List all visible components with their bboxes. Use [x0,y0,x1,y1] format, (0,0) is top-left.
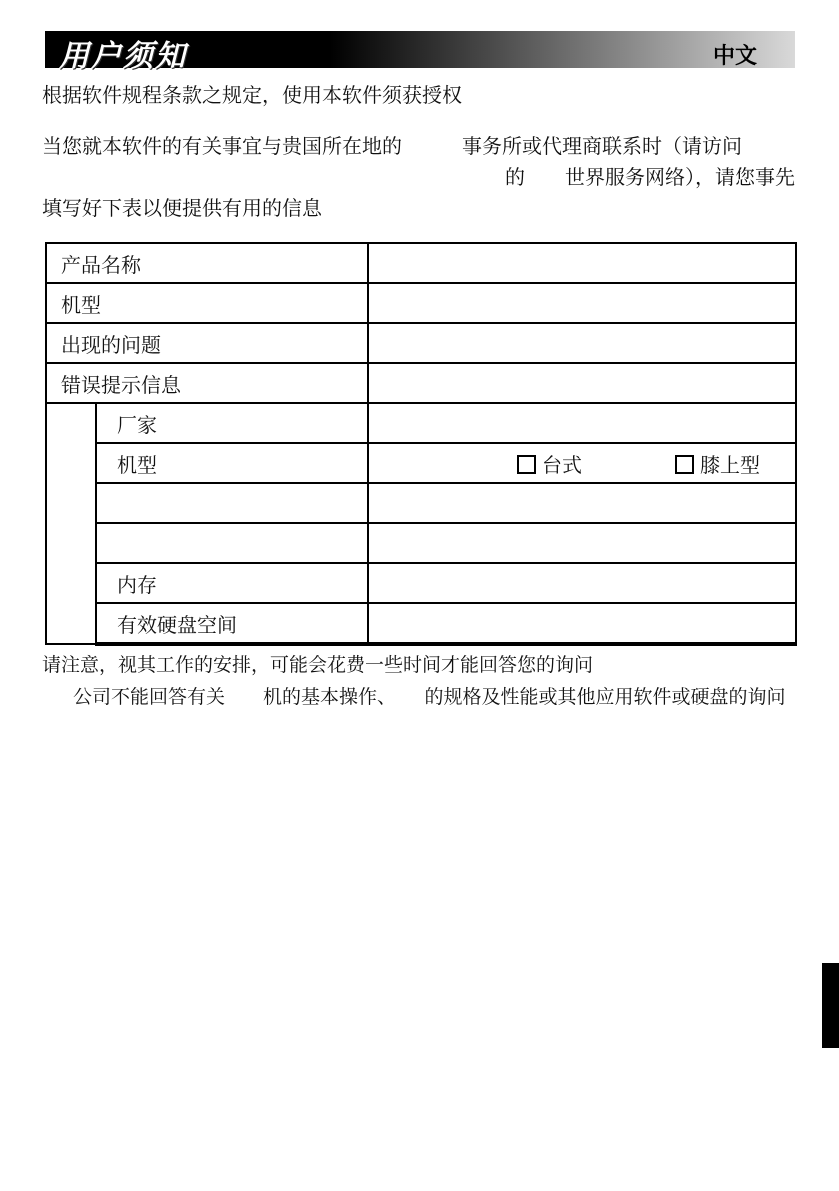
contact-line-2: 的 世界服务网络），请您事先 [42,163,795,194]
table-row [46,523,796,563]
contact-line-1: 当您就本软件的有关事宜与贵国所在地的 事务所或代理商联系时（请访问 [42,132,795,163]
table-row: 出现的问题 [46,323,796,363]
note-line-2: 公司不能回答有关 机的基本操作、 的规格及性能或其他应用软件或硬盘的询问 [42,682,802,714]
computer-section-indent-cell [46,403,96,644]
table-row: 机型 [46,283,796,323]
row-value-field [368,483,796,523]
table-row: 内存 [46,563,796,603]
authorization-paragraph: 根据软件规程条款之规定，使用本软件须获授权 [42,84,797,108]
table-row [46,483,796,523]
row-label-memory: 内存 [96,563,368,603]
table-row: 错误提示信息 [46,363,796,403]
header-banner: 用户须知 中文 [45,31,795,68]
table-row: 机型 台式 膝上型 [46,443,796,483]
checkbox-desktop-label: 台式 [542,455,582,477]
row-value-field [368,243,796,283]
row-label-model: 机型 [46,283,368,323]
row-value-field [368,523,796,563]
contact-paragraph: 当您就本软件的有关事宜与贵国所在地的 事务所或代理商联系时（请访问 的 世界服务… [42,132,795,225]
checkbox-icon [517,455,536,474]
row-value-field [368,283,796,323]
language-label: 中文 [713,39,757,70]
row-value-field [368,563,796,603]
row-label-error-message: 错误提示信息 [46,363,368,403]
row-label-manufacturer: 厂家 [96,403,368,443]
row-label-problem: 出现的问题 [46,323,368,363]
row-value-field [368,403,796,443]
contact-line-3: 填写好下表以便提供有用的信息 [42,194,795,225]
row-label-computer-model: 机型 [96,443,368,483]
table-row: 产品名称 [46,243,796,283]
row-label-disk-space: 有效硬盘空间 [96,603,368,644]
page-title: 用户须知 [59,31,187,75]
row-value-field [368,363,796,403]
row-value-field [368,603,796,644]
page-edge-index-tab [822,963,839,1048]
row-value-field [368,323,796,363]
row-label-product-name: 产品名称 [46,243,368,283]
table-row: 有效硬盘空间 [46,603,796,644]
model-type-options-cell: 台式 膝上型 [368,443,796,483]
info-form-table: 产品名称 机型 出现的问题 错误提示信息 厂家 机型 台式 膝上型 [45,242,797,646]
checkbox-laptop-label: 膝上型 [700,455,760,477]
table-row: 厂家 [46,403,796,443]
checkbox-desktop[interactable]: 台式 [517,455,582,477]
footer-notes: 请注意，视其工作的安排，可能会花费一些时间才能回答您的询问 公司不能回答有关 机… [42,650,802,714]
note-line-1: 请注意，视其工作的安排，可能会花费一些时间才能回答您的询问 [42,650,802,682]
checkbox-icon [675,455,694,474]
row-label-blank [96,523,368,563]
checkbox-laptop[interactable]: 膝上型 [675,455,760,477]
row-label-blank [96,483,368,523]
document-page: 用户须知 中文 根据软件规程条款之规定，使用本软件须获授权 当您就本软件的有关事… [0,0,839,1191]
